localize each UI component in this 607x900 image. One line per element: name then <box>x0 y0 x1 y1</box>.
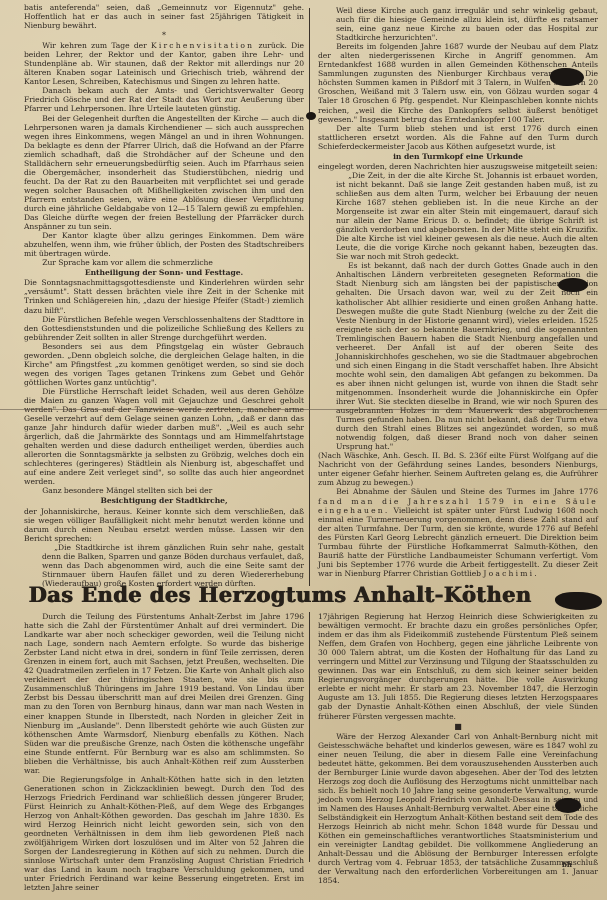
newspaper-page: batis anteferenda" seien, daß „Gemeinnut… <box>0 0 607 900</box>
paragraph: Die Sonntagsnachmittagsgottesdienste und… <box>24 278 304 314</box>
quotation: „Die Zeit, in der die alte Kirche St. Jo… <box>336 171 598 261</box>
paragraph: batis anteferenda" seien, daß „Gemeinnut… <box>24 3 304 30</box>
paragraph: der Johanniskirche, heraus. Keiner konnt… <box>24 507 304 543</box>
paragraph: Die Fürstlichen Befehle wegen Verschloss… <box>24 315 304 342</box>
paragraph: Durch die Teilung des Fürstentums Anhalt… <box>24 612 304 775</box>
section-separator: ■ <box>318 721 598 732</box>
column-divider <box>309 8 310 586</box>
paragraph: Bei Abnahme der Säulen und Steine des Tu… <box>318 487 598 577</box>
paragraph-lead: Ganz besondere Mängel stellten sich bei … <box>24 486 304 495</box>
column-top-left: batis anteferenda" seien, daß „Gemeinnut… <box>24 3 304 571</box>
column-bottom-left: Durch die Teilung des Fürstentums Anhalt… <box>24 612 304 862</box>
subheading: Besichtigung der Stadtkirche, <box>24 496 304 505</box>
ink-blot <box>550 68 584 86</box>
article-headline: Das Ende des Herzogtums Anhalt-Köthen <box>0 582 560 607</box>
paragraph: Wir kehren zum Tage der Kirchenvisitatio… <box>24 41 304 86</box>
paragraph: Bei der Gelegenheit durften die Angestel… <box>24 114 304 232</box>
author-signature: bh <box>562 860 572 869</box>
editorial-note: (Nach Wäschke, Anh. Gesch. II. Bd. S. 23… <box>318 451 598 487</box>
ink-blot <box>558 278 588 292</box>
subheading: Entheiligung der Sonn- und Festtage. <box>24 268 304 277</box>
column-bottom-right: 17jährigen Regierung hat Herzog Heinrich… <box>318 612 598 874</box>
column-top-right: Weil diese Kirche auch ganz irregulär un… <box>318 6 598 571</box>
paragraph: Danach bekam auch der Amts- und Gerichts… <box>24 86 304 113</box>
column-divider <box>309 612 310 862</box>
section-separator: * <box>24 30 304 41</box>
paragraph: Der alte Turm blieb stehen und ist erst … <box>318 124 598 151</box>
paragraph-lead: Zur Sprache kam vor allem die schmerzlic… <box>24 258 304 267</box>
subheading: in den Turmkopf eine Urkunde <box>318 152 598 161</box>
quotation: Es ist bekannt, daß nach der durch Gotte… <box>336 261 598 451</box>
ink-blot <box>555 592 602 610</box>
paragraph: eingelegt worden, deren Nachrichten hier… <box>318 162 598 171</box>
ink-blot <box>306 112 316 120</box>
fold-line <box>0 409 607 410</box>
quotation: Weil diese Kirche auch ganz irregulär un… <box>336 6 598 42</box>
paragraph: Die Fürstliche Herrschaft leidet Schaden… <box>24 387 304 487</box>
paragraph: Die Regierungsfolge in Anhalt-Köthen hat… <box>24 775 304 893</box>
paragraph: Der Kantor klagte über allzu geringes Ei… <box>24 231 304 258</box>
paragraph: Besonders sei aus dem Pfingstgelag ein w… <box>24 342 304 387</box>
paragraph: 17jährigen Regierung hat Herzog Heinrich… <box>318 612 598 721</box>
ink-blot <box>555 798 581 813</box>
